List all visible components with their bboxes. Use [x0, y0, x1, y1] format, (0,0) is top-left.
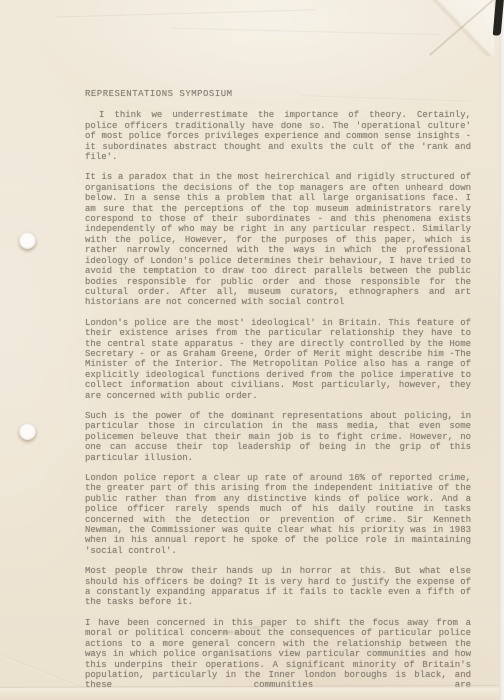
scanned-page: REPRESENTATIONS SYMPOSIUM I think we und…	[0, 0, 504, 700]
paper-crease	[55, 9, 315, 18]
hole-punch-bottom	[19, 423, 36, 440]
corner-fold	[430, 0, 494, 56]
paper-crease	[0, 650, 80, 687]
scanner-edge	[499, 30, 504, 700]
hole-punch-top	[19, 232, 36, 249]
paragraph-1: I think we underrestimate the importance…	[85, 110, 471, 162]
document-content: REPRESENTATIONS SYMPOSIUM I think we und…	[85, 89, 471, 700]
document-title: REPRESENTATIONS SYMPOSIUM	[85, 89, 471, 99]
paragraph-3: London's police are the most' ideologica…	[85, 318, 471, 401]
paper-sheet: REPRESENTATIONS SYMPOSIUM I think we und…	[0, 0, 499, 700]
paper-bottom-edge	[0, 688, 499, 700]
paragraph-6: Most people throw their hands up in horr…	[85, 566, 471, 608]
paper-crease	[170, 28, 440, 37]
paragraph-5: London police report a clear up rate of …	[85, 473, 471, 556]
paragraph-4: Such is the power of the dominant repres…	[85, 411, 471, 463]
paragraph-2: It is a paradox that in the most heirerc…	[85, 172, 471, 307]
